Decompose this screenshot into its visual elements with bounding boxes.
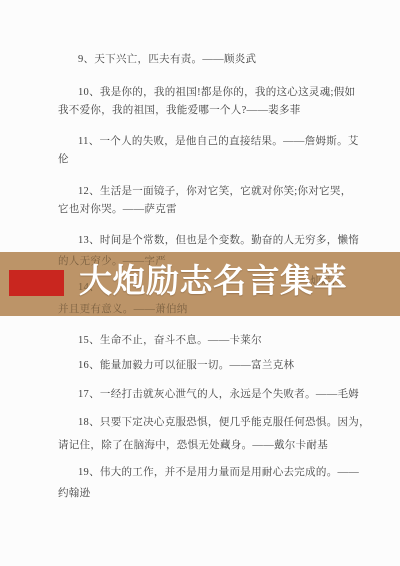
quote-line: 约翰逊 [58, 485, 90, 500]
quote-line: 17、一经打击就灰心泄气的人，永远是个失败者。——毛姆 [78, 386, 359, 401]
quote-line: 请记住，除了在脑海中，恐惧无处藏身。——戴尔卡耐基 [58, 437, 328, 452]
quote-line: 13、时间是个常数，但也是个变数。勤奋的人无穷多，懒惰 [78, 232, 359, 247]
red-badge [9, 270, 64, 296]
quote-line: 9、天下兴亡，匹夫有责。——顾炎武 [78, 51, 256, 66]
quote-line: 10、我是你的，我的祖国!都是你的，我的这心这灵魂;假如 [78, 84, 355, 99]
obscured-quote-fragment: 并且更有意义。——萧伯纳 [58, 301, 188, 316]
quote-line: 12、生活是一面镜子，你对它笑，它就对你笑;你对它哭， [78, 183, 352, 198]
quote-line: 18、只要下定决心克服恐惧，便几乎能克服任何恐惧。因为， [78, 414, 370, 429]
quote-line: 16、能量加毅力可以征服一切。——富兰克林 [78, 357, 294, 372]
quotes-document-page: 9、天下兴亡，匹夫有责。——顾炎武 10、我是你的，我的祖国!都是你的，我的这心… [0, 0, 400, 566]
banner-title: 大炮励志名言集萃 [79, 264, 347, 298]
quote-line: 19、伟大的工作，并不是用力量而是用耐心去完成的。—— [78, 464, 359, 479]
quote-line: 我不爱你，我的祖国，我能爱哪一个人?——裴多菲 [58, 102, 301, 117]
quote-line: 11、一个人的失败，是他自己的直接结果。——詹姆斯。艾 [78, 133, 359, 148]
quote-line: 它也对你哭。——萨克雷 [58, 201, 177, 216]
quote-line: 15、生命不止，奋斗不息。——卡莱尔 [78, 332, 262, 347]
quote-line: 伦 [58, 151, 69, 166]
title-banner: 的人无穷少。——字严 14、 灿烂， 并且更有意义。——萧伯纳 大炮励志名言集萃 [0, 252, 400, 316]
